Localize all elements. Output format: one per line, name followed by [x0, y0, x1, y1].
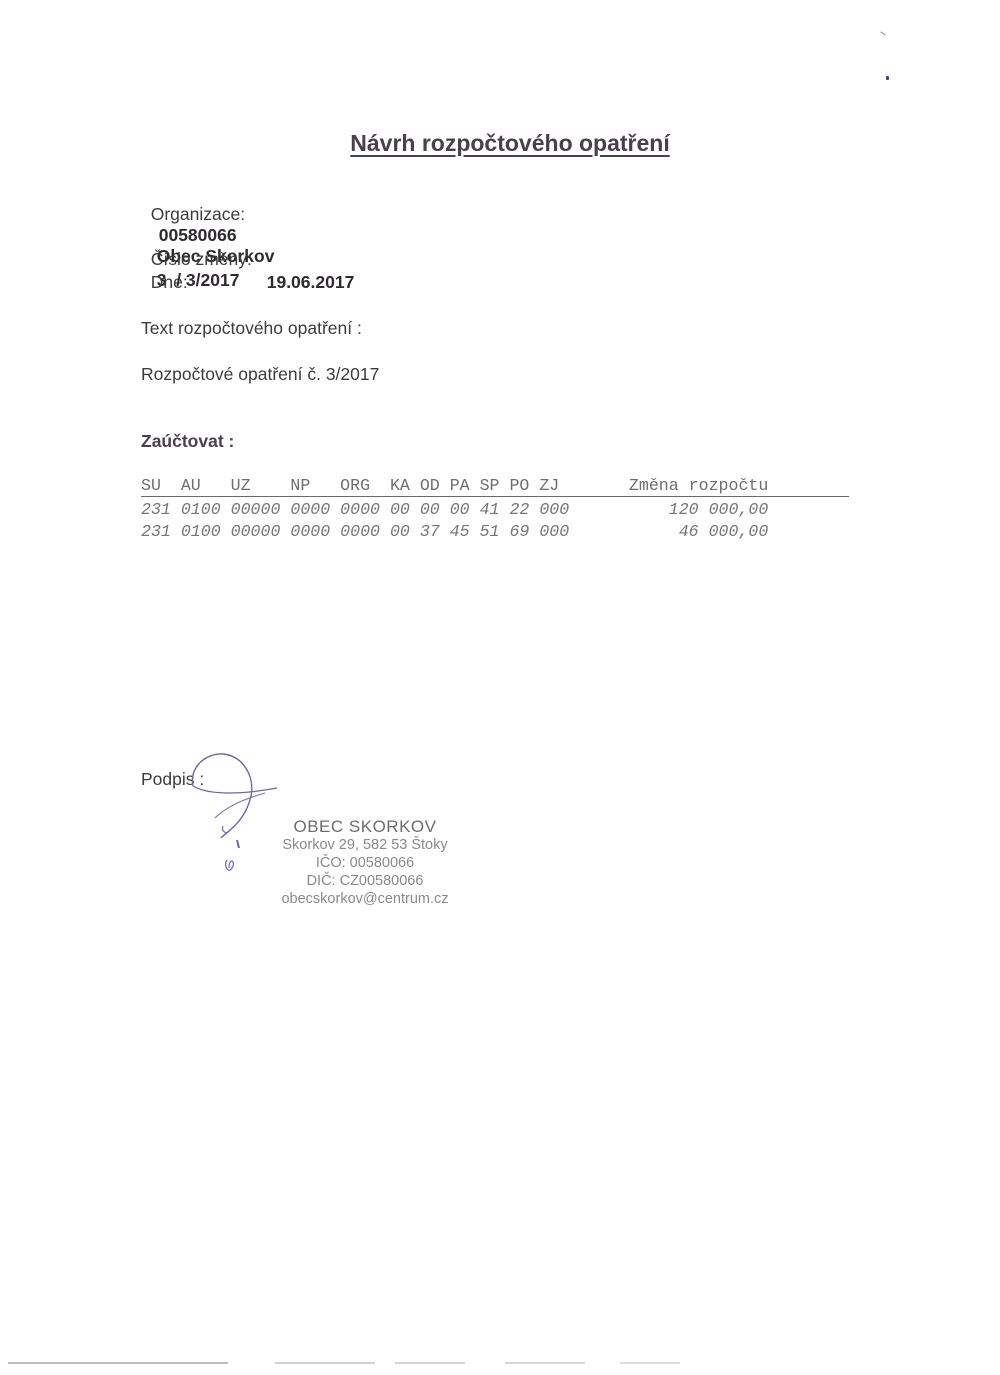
scan-edge-line	[275, 1362, 375, 1364]
stamp-email: obecskorkov@centrum.cz	[255, 890, 475, 908]
date-value: 19.06.2017	[267, 272, 355, 292]
posting-table-body: 231 0100 00000 0000 0000 00 00 00 41 22 …	[141, 499, 849, 543]
table-row: 231 0100 00000 0000 0000 00 37 45 51 69 …	[141, 521, 849, 543]
table-row: 231 0100 00000 0000 0000 00 00 00 41 22 …	[141, 499, 849, 521]
posting-table: SU AU UZ NP ORG KA OD PA SP PO ZJ Změna …	[141, 476, 849, 543]
stamp-address: Skorkov 29, 582 53 Štoky	[255, 836, 475, 854]
stamp-dic: DIČ: CZ00580066	[255, 872, 475, 890]
posting-table-header: SU AU UZ NP ORG KA OD PA SP PO ZJ Změna …	[141, 476, 849, 497]
measure-text: Rozpočtové opatření č. 3/2017	[141, 364, 379, 385]
measure-text-label: Text rozpočtového opatření :	[141, 318, 362, 339]
scan-edge-line	[395, 1362, 465, 1364]
stamp-name: OBEC SKORKOV	[255, 818, 475, 836]
posting-label: Zaúčtovat :	[141, 431, 234, 452]
scan-edge-line	[505, 1362, 585, 1364]
date-label: Dne:	[151, 272, 267, 293]
scan-edge-line	[620, 1362, 680, 1364]
scan-dot	[886, 76, 889, 80]
stamp-ico: IČO: 00580066	[255, 854, 475, 872]
scan-edge-line	[8, 1362, 228, 1364]
date-line: Dne:19.06.2017	[141, 251, 354, 293]
scan-mark	[880, 31, 885, 35]
official-stamp: OBEC SKORKOV Skorkov 29, 582 53 Štoky IČ…	[255, 818, 475, 908]
organization-label: Organizace:	[151, 204, 245, 225]
document-title: Návrh rozpočtového opatření	[0, 130, 1000, 157]
